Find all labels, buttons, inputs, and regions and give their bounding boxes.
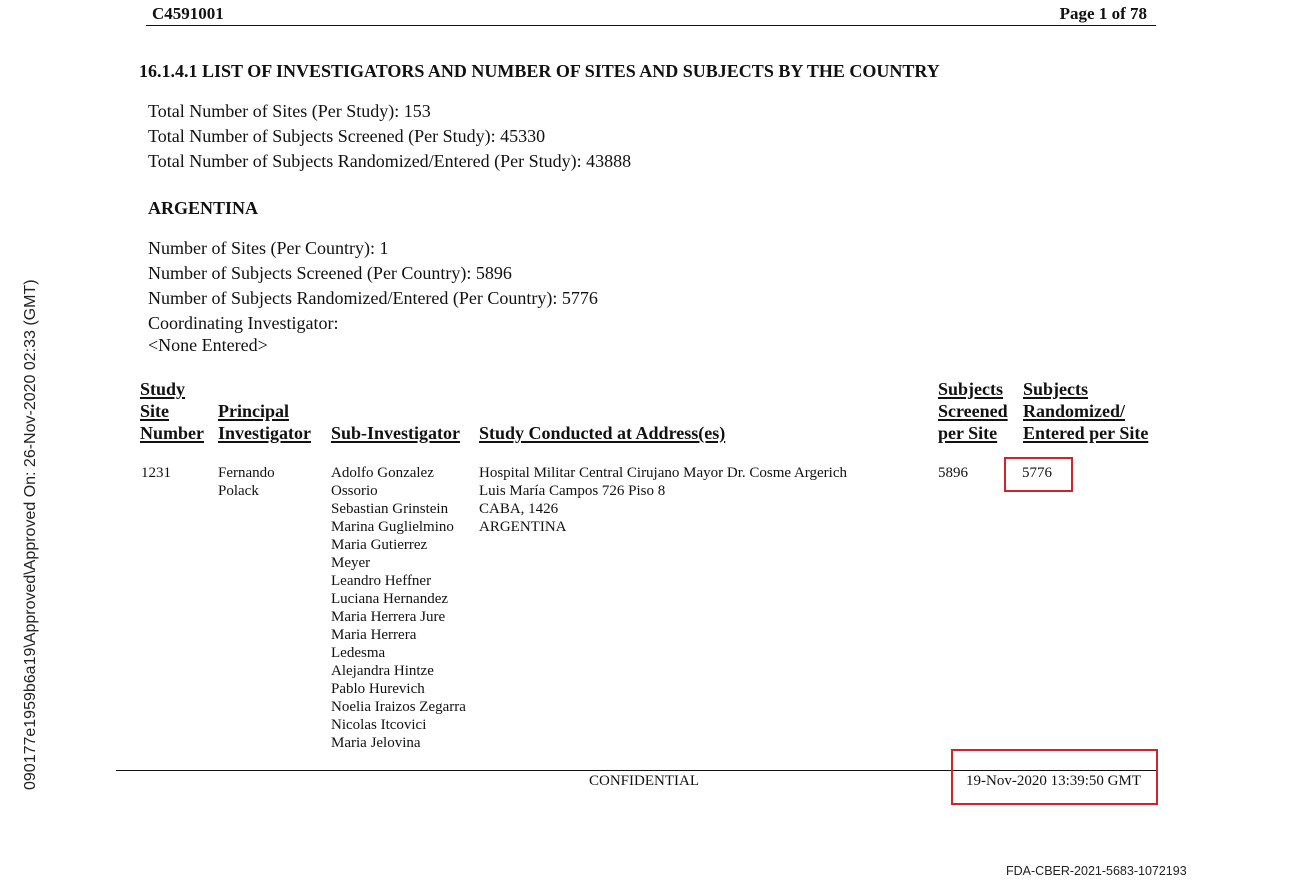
sub-investigator-line: Alejandra Hintze — [331, 662, 466, 680]
section-title: 16.1.4.1 LIST OF INVESTIGATORS AND NUMBE… — [139, 61, 940, 82]
sub-investigator-line: Maria Jelovina — [331, 734, 466, 752]
sub-investigator-line: Meyer — [331, 554, 466, 572]
sub-investigator-line: Maria Herrera — [331, 626, 466, 644]
total-screened: Total Number of Subjects Screened (Per S… — [148, 126, 545, 147]
coordinating-investigator-value: <None Entered> — [148, 335, 268, 356]
total-randomized: Total Number of Subjects Randomized/Ente… — [148, 151, 631, 172]
coordinating-investigator-label: Coordinating Investigator: — [148, 313, 338, 334]
address-line: Luis María Campos 726 Piso 8 — [479, 482, 847, 500]
sub-investigator-line: Sebastian Grinstein — [331, 500, 466, 518]
sub-investigator-line: Marina Guglielmino — [331, 518, 466, 536]
sub-investigator-line: Adolfo Gonzalez — [331, 464, 466, 482]
header-divider — [146, 25, 1156, 26]
screened-count: 5896 — [938, 464, 968, 482]
col-header-address: Study Conducted at Address(es) — [479, 422, 725, 444]
site-address: Hospital Militar Central Cirujano Mayor … — [479, 464, 847, 536]
col-header-principal-investigator: Principal Investigator — [218, 400, 311, 444]
page-number: Page 1 of 78 — [1050, 4, 1147, 24]
document-id: FDA-CBER-2021-5683-1072193 — [1006, 864, 1187, 878]
approval-stamp: 090177e1959b6a19\Approved\Approved On: 2… — [22, 279, 40, 790]
address-line: CABA, 1426 — [479, 500, 847, 518]
confidential-label: CONFIDENTIAL — [589, 773, 699, 790]
sub-investigator-line: Luciana Hernandez — [331, 590, 466, 608]
sub-investigator-line: Ossorio — [331, 482, 466, 500]
address-line: Hospital Militar Central Cirujano Mayor … — [479, 464, 847, 482]
col-header-site-number: Study Site Number — [140, 378, 204, 444]
site-number: 1231 — [141, 464, 171, 482]
col-header-screened: Subjects Screened per Site — [938, 378, 1008, 444]
sub-investigator-line: Noelia Iraizos Zegarra — [331, 698, 466, 716]
country-sites: Number of Sites (Per Country): 1 — [148, 238, 388, 259]
country-name: ARGENTINA — [148, 198, 258, 219]
sub-investigator-line: Maria Gutierrez — [331, 536, 466, 554]
country-randomized: Number of Subjects Randomized/Entered (P… — [148, 288, 598, 309]
sub-investigator-line: Leandro Heffner — [331, 572, 466, 590]
sub-investigator-line: Nicolas Itcovici — [331, 716, 466, 734]
total-sites: Total Number of Sites (Per Study): 153 — [148, 101, 431, 122]
country-screened: Number of Subjects Screened (Per Country… — [148, 263, 512, 284]
sub-investigator-line: Maria Herrera Jure — [331, 608, 466, 626]
timestamp-highlight-box — [951, 749, 1158, 805]
principal-investigator: Fernando Polack — [218, 464, 275, 500]
sub-investigator-list: Adolfo GonzalezOssorioSebastian Grinstei… — [331, 464, 466, 752]
randomized-highlight-box — [1004, 457, 1073, 492]
sub-investigator-line: Pablo Hurevich — [331, 680, 466, 698]
col-header-randomized: Subjects Randomized/ Entered per Site — [1023, 378, 1148, 444]
sub-investigator-line: Ledesma — [331, 644, 466, 662]
address-line: ARGENTINA — [479, 518, 847, 536]
col-header-sub-investigator: Sub-Investigator — [331, 422, 460, 444]
protocol-id: C4591001 — [152, 4, 224, 24]
